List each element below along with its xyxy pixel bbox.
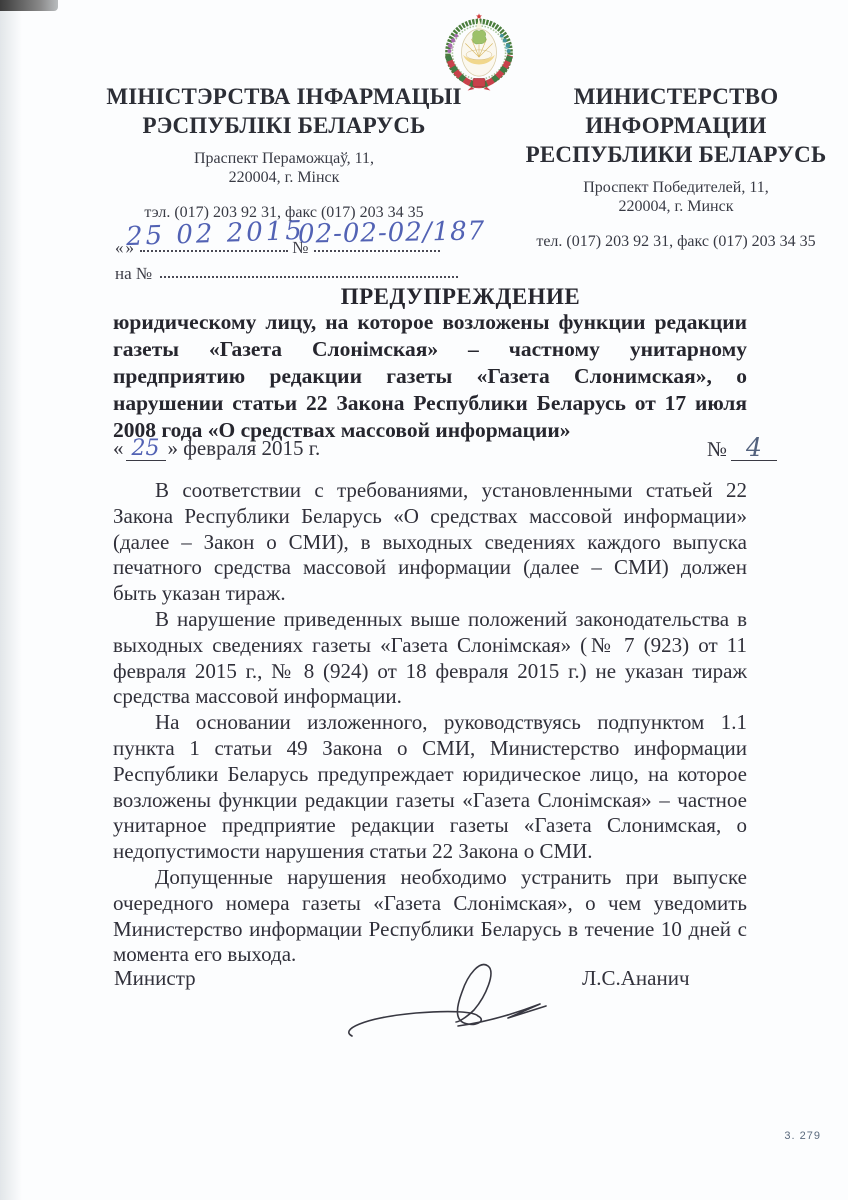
reply-to-label: на № (115, 264, 152, 283)
scanned-letter-page: МІНІСТЭРСТВА ІНФАРМАЦЫІ РЭСПУБЛІКІ БЕЛАР… (0, 0, 848, 1200)
document-number-group: №4 (707, 436, 777, 462)
address-ru-line2: 220004, г. Минск (490, 197, 848, 216)
address-ru-line1: Проспект Победителей, 11, (490, 178, 848, 197)
dotted-leader (160, 274, 458, 278)
date-quote-open: « (113, 436, 124, 460)
number-sign-label: № (707, 437, 727, 461)
document-title: ПРЕДУПРЕЖДЕНИЕ (113, 284, 808, 310)
date-rest: » февраля 2015 г. (168, 436, 321, 460)
addressee-intro: юридическому лицу, на которое возложены … (113, 309, 747, 444)
quote-open: « (115, 238, 126, 257)
phone-ru: тел. (017) 203 92 31, факс (017) 203 34 … (490, 233, 848, 251)
handwritten-doc-number: 4 (731, 436, 777, 461)
paragraph: В соответствии с требованиями, установле… (113, 478, 747, 607)
signature-scribble (328, 952, 560, 1052)
scan-edge-shadow (0, 0, 22, 1200)
signer-position: Министр (114, 966, 196, 991)
org-name-by-line2: РЭСПУБЛІКІ БЕЛАРУСЬ (98, 111, 470, 140)
address-by-line1: Праспект Пераможцаў, 11, (98, 149, 470, 168)
org-name-ru-line1: МИНИСТЕРСТВО ИНФОРМАЦИИ (490, 82, 848, 140)
coat-of-arms-icon (441, 10, 517, 92)
org-name-ru-line2: РЕСПУБЛИКИ БЕЛАРУСЬ (490, 140, 848, 169)
document-date-row: «25» февраля 2015 г. №4 (113, 436, 777, 461)
letterhead-belarusian: МІНІСТЭРСТВА ІНФАРМАЦЫІ РЭСПУБЛІКІ БЕЛАР… (98, 82, 470, 222)
paragraph: На основании изложенного, руководствуясь… (113, 710, 747, 865)
paragraph: В нарушение приведенных выше положений з… (113, 607, 747, 710)
handwritten-outgoing-number: 02-02-02/187 (298, 216, 486, 249)
body-text: В соответствии с требованиями, установле… (113, 478, 747, 968)
handwritten-day: 25 (126, 438, 166, 461)
org-name-by-line1: МІНІСТЭРСТВА ІНФАРМАЦЫІ (98, 82, 470, 111)
signer-name: Л.С.Ананич (582, 966, 690, 991)
letterhead-russian: МИНИСТЕРСТВО ИНФОРМАЦИИ РЕСПУБЛИКИ БЕЛАР… (490, 82, 848, 251)
incoming-reference-row: на № (115, 264, 458, 284)
handwritten-date: 25 02 2015 (126, 216, 306, 252)
form-code: 3. 279 (784, 1130, 821, 1142)
scan-corner-artifact (0, 0, 58, 11)
address-by-line2: 220004, г. Мінск (98, 168, 470, 187)
